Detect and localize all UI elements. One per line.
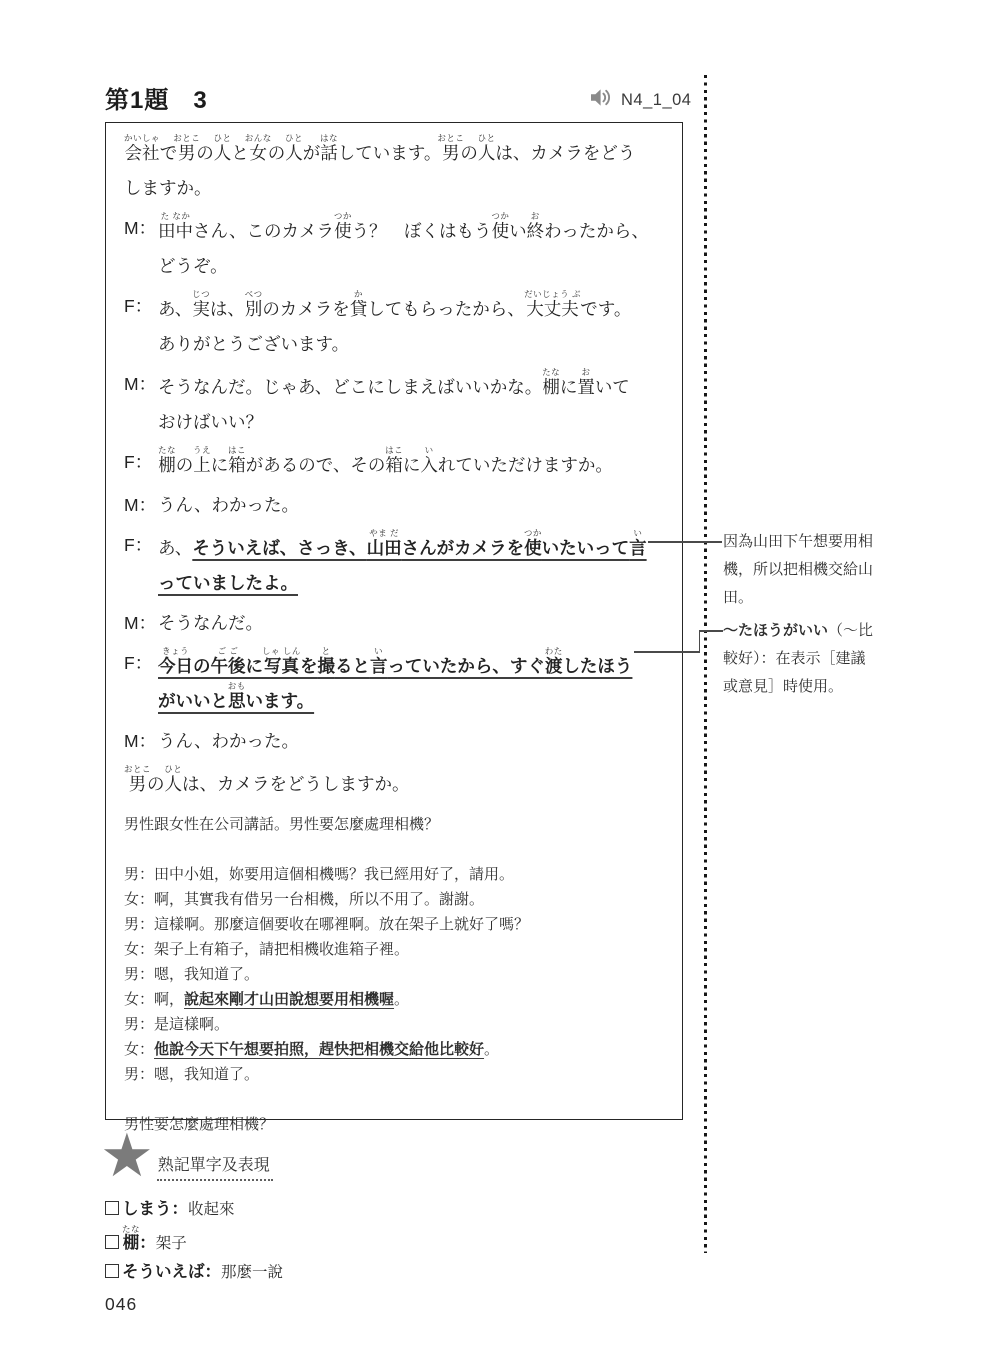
star-icon: ★ — [100, 1132, 154, 1184]
vocab-list: しまう：收起來棚たな：架子そういえば：那麼一說 — [105, 1195, 283, 1287]
speaker-icon — [590, 88, 615, 112]
note-connector-line-2a — [634, 651, 700, 653]
vocab-term: 棚たな： — [122, 1234, 156, 1252]
jp-line-text: そうなんだ。じゃあ、どこにしまえばいいかな。棚たなに置おいておけばいい？ — [158, 367, 630, 440]
note-connector-line-1 — [648, 541, 722, 543]
cn-blank-line — [124, 1087, 670, 1112]
cn-line: 男：田中小姐，妳要用這個相機嗎？我已經用好了，請用。 — [124, 862, 670, 887]
dotted-separator-line — [704, 75, 707, 1253]
speaker-label: M： — [124, 211, 158, 284]
jp-line-text: そうなんだ。 — [158, 606, 263, 641]
cn-line: 男：嗯，我知道了。 — [124, 1062, 670, 1087]
cn-translation: 男性跟女性在公司講話。男性要怎麼處理相機？男：田中小姐，妳要用這個相機嗎？我已經… — [124, 812, 670, 1137]
jp-line-text: うん、わかった。 — [158, 488, 299, 523]
checkbox-icon — [105, 1201, 119, 1215]
lesson-title: 第1題 — [105, 87, 169, 114]
jp-line-text: あ、実じつは、別べつのカメラを貸かしてもらったから、大丈夫だいじょう ぶです。あ… — [158, 289, 631, 362]
jp-line-text: あ、そういえば、さっき、山田やま ださんがカメラを使つかいたいって言いっていまし… — [158, 528, 647, 601]
cn-line: 女：啊，其實我有借另一台相機，所以不用了。謝謝。 — [124, 887, 670, 912]
jp-line-text: うん、わかった。 — [158, 724, 299, 759]
audio-track-label: N4_1_04 — [621, 91, 691, 110]
cn-line: 女：他說今天下午想要拍照，趕快把相機交給他比較好。 — [124, 1037, 670, 1062]
dialogue-box: 会社かいしゃで男おとこの人ひとと女おんなの人ひとが話はなしています。男おとこの人… — [105, 122, 683, 1120]
jp-dialogue-line: M：うん、わかった。 — [124, 724, 670, 759]
vocab-item: しまう：收起來 — [105, 1195, 283, 1224]
checkbox-icon — [105, 1264, 119, 1278]
speaker-label: M： — [124, 367, 158, 440]
vocab-term: しまう： — [122, 1200, 188, 1218]
vocab-item: そういえば：那麼一說 — [105, 1258, 283, 1287]
jp-line-text: 会社かいしゃで男おとこの人ひとと女おんなの人ひとが話はなしています。男おとこの人… — [124, 133, 635, 206]
cn-line: 女：架子上有箱子，請把相機收進箱子裡。 — [124, 937, 670, 962]
vocab-section: ★ 熟記單字及表現 しまう：收起來棚たな：架子そういえば：那麼一說 — [100, 1132, 283, 1287]
vocab-term: そういえば： — [122, 1263, 221, 1281]
margin-note-2: ～たほうがいい（～比較好）：在表示［建議或意見］時使用。 — [723, 617, 899, 701]
jp-line-text: 棚たなの上うえに箱はこがあるので、その箱はこに入いれていただけますか。 — [158, 445, 613, 483]
speaker-label: F： — [124, 289, 158, 362]
vocab-meaning: 那麼一說 — [221, 1264, 283, 1281]
jp-line-text: 田中た なかさん、このカメラ使つかう？ ぼくはもう使つかい終おわったから、どうぞ… — [158, 211, 649, 284]
page-number: 046 — [105, 1294, 137, 1315]
jp-dialogue-line: M：うん、わかった。 — [124, 488, 670, 523]
vocab-header: ★ 熟記單字及表現 — [100, 1132, 283, 1184]
jp-dialogue-line: F：あ、そういえば、さっき、山田やま ださんがカメラを使つかいたいって言いってい… — [124, 528, 670, 601]
cn-line: 男：嗯，我知道了。 — [124, 962, 670, 987]
cn-line: 男：是這樣啊。 — [124, 1012, 670, 1037]
speaker-label: M： — [124, 724, 158, 759]
note-connector-line-2b — [699, 630, 701, 653]
audio-track: N4_1_04 — [590, 88, 691, 112]
speaker-label: F： — [124, 646, 158, 719]
checkbox-icon — [105, 1235, 119, 1249]
margin-note-1: 因為山田下午想要用相機，所以把相機交給山田。 — [723, 528, 899, 612]
speaker-label: M： — [124, 488, 158, 523]
jp-dialogue-line: M：田中た なかさん、このカメラ使つかう？ ぼくはもう使つかい終おわったから、ど… — [124, 211, 670, 284]
jp-dialogue-line: M：そうなんだ。じゃあ、どこにしまえばいいかな。棚たなに置おいておけばいい？ — [124, 367, 670, 440]
vocab-section-title: 熟記單字及表現 — [157, 1152, 273, 1181]
cn-blank-line — [124, 837, 670, 862]
jp-dialogue-line: M：そうなんだ。 — [124, 606, 670, 641]
cn-line: 男性跟女性在公司講話。男性要怎麼處理相機？ — [124, 812, 670, 837]
speaker-label: F： — [124, 445, 158, 483]
speaker-label: M： — [124, 606, 158, 641]
jp-dialogue-line: F：今日きょうの午後ご ごに写真しゃ しんを撮とると言いっていたから、すぐ渡わた… — [124, 646, 670, 719]
jp-dialogue-line: F：あ、実じつは、別べつのカメラを貸かしてもらったから、大丈夫だいじょう ぶです… — [124, 289, 670, 362]
cn-line: 女：啊，說起來剛才山田說想要用相機喔。 — [124, 987, 670, 1012]
note-connector-line-2c — [699, 630, 723, 632]
jp-line-text: 男おとこの人ひとは、カメラをどうしますか。 — [124, 764, 410, 802]
vocab-item: 棚たな：架子 — [105, 1224, 283, 1258]
jp-dialogue-line: F：棚たなの上うえに箱はこがあるので、その箱はこに入いれていただけますか。 — [124, 445, 670, 483]
jp-narration-line: 男おとこの人ひとは、カメラをどうしますか。 — [124, 764, 670, 802]
vocab-meaning: 架子 — [156, 1235, 187, 1252]
jp-narration-line: 会社かいしゃで男おとこの人ひとと女おんなの人ひとが話はなしています。男おとこの人… — [124, 133, 670, 206]
jp-line-text: 今日きょうの午後ご ごに写真しゃ しんを撮とると言いっていたから、すぐ渡わたした… — [158, 646, 632, 719]
speaker-label: F： — [124, 528, 158, 601]
vocab-meaning: 收起來 — [188, 1201, 235, 1218]
question-number: 3 — [193, 87, 207, 114]
jp-dialogue: 会社かいしゃで男おとこの人ひとと女おんなの人ひとが話はなしています。男おとこの人… — [124, 133, 670, 802]
cn-line: 男：這樣啊。那麼這個要收在哪裡啊。放在架子上就好了嗎？ — [124, 912, 670, 937]
page-title: 第1題3 — [105, 80, 208, 115]
